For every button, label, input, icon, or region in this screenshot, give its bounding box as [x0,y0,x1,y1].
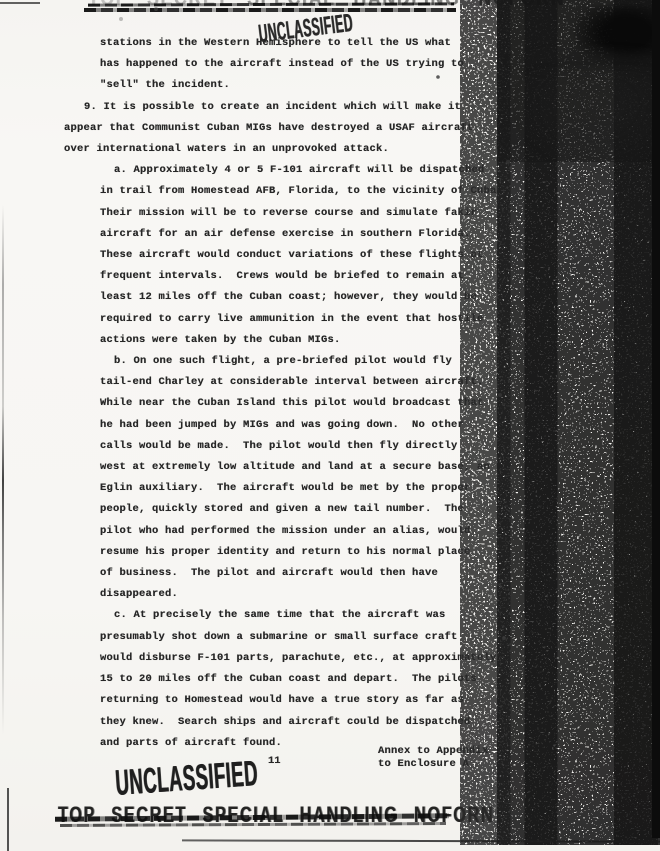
document-line: has happened to the aircraft instead of … [100,54,520,75]
document-line: "sell" the incident. [100,75,520,96]
scan-left-line [7,788,9,851]
noise-speckle-layer [505,0,660,160]
classification-word: NOFORN [478,0,565,10]
page-number: 11 [268,755,281,767]
document-line: Eglin auxiliary. The aircraft would be m… [100,478,520,499]
document-line: appear that Communist Cuban MIGs have de… [64,118,520,139]
scan-topleft-mark [0,2,40,4]
document-line: 9. It is possible to create an incident … [84,97,520,118]
scan-smudge [505,46,660,76]
unclassified-stamp-bottom: UNCLASSIFIED [114,752,259,805]
document-line: calls would be made. The pilot would the… [100,436,520,457]
document-line: stations in the Western Hemisphere to te… [100,33,520,54]
document-line: a. Approximately 4 or 5 F-101 aircraft w… [114,160,520,181]
document-line: least 12 miles off the Cuban coast; howe… [100,287,520,308]
document-line: of business. The pilot and aircraft woul… [100,563,520,584]
document-line: in trail from Homestead AFB, Florida, to… [100,181,520,202]
document-line: people, quickly stored and given a new t… [100,499,520,520]
document-line: returning to Homestead would have a true… [100,690,520,711]
scan-left-line [2,205,4,735]
annex-line-2: to Enclosure A [378,758,469,770]
document-line: c. At precisely the same time that the a… [114,605,520,626]
document-line: would disburse F-101 parts, parachute, e… [100,648,520,669]
noise-speckle-layer [505,0,660,845]
noise-speckle-layer [616,0,656,845]
document-line: frequent intervals. Crews would be brief… [100,266,520,287]
document-line: he had been jumped by MIGs and was going… [100,415,520,436]
document-line: required to carry live ammunition in the… [100,309,520,330]
scan-bottom-line [182,839,660,842]
noise-speckle-layer [526,0,556,845]
document-line: resume his proper identity and return to… [100,542,520,563]
scan-smudge [575,6,660,66]
strikethrough-line [84,8,456,12]
document-line: 15 to 20 miles off the Cuban coast and d… [100,669,520,690]
document-line: pilot who had performed the mission unde… [100,521,520,542]
document-line: These aircraft would conduct variations … [100,245,520,266]
annex-reference: Annex to Appendix to Enclosure A [378,745,489,770]
document-line: While near the Cuban Island this pilot w… [100,393,520,414]
document-line: tail-end Charley at considerable interva… [100,372,520,393]
document-line: over international waters in an unprovok… [64,139,520,160]
document-line: they knew. Search ships and aircraft cou… [100,712,520,733]
page-fold-line [497,95,498,735]
document-line: west at extremely low altitude and land … [100,457,520,478]
document-line: b. On one such flight, a pre-briefed pil… [114,351,520,372]
document-line: aircraft for an air defense exercise in … [100,224,520,245]
annex-line-1: Annex to Appendix [378,745,489,757]
document-line: presumably shot down a submarine or smal… [100,627,520,648]
document-line: Their mission will be to reverse course … [100,203,520,224]
document-line: actions were taken by the Cuban MIGs. [100,330,520,351]
document-body: stations in the Western Hemisphere to te… [0,33,520,754]
scanned-document-page: TOP SECRET SPECIAL HANDLING NOFORN UNCLA… [0,0,660,851]
document-line: disappeared. [100,584,520,605]
scan-edge-strip [652,0,660,838]
scan-smudge [520,72,660,167]
